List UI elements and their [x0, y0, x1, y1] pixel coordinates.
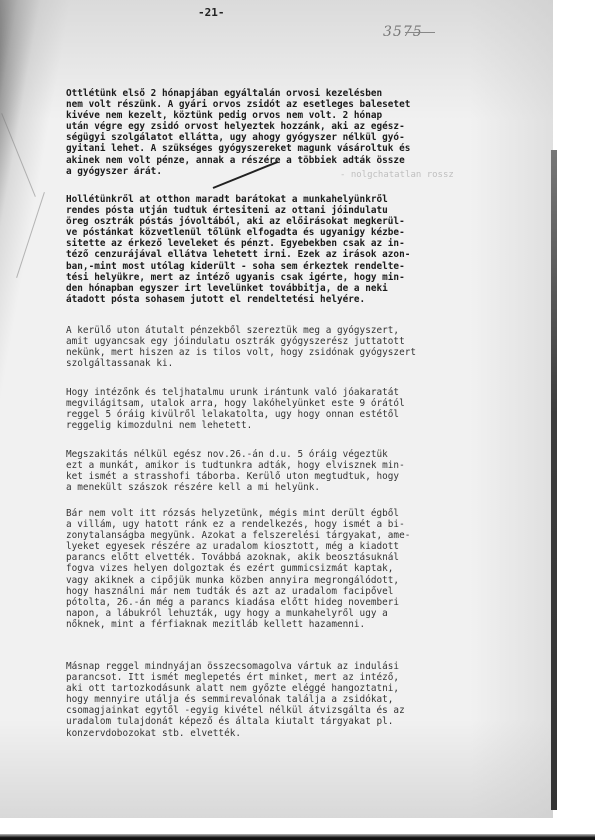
page-number: -21- [198, 6, 225, 19]
text-line: reggelig kimozdulni nem lehetett. [66, 420, 546, 431]
text-line: sitette az érkező leveleket és pénzt. Eg… [66, 238, 546, 249]
text-line: ve póstánkat közvetlenül tőlünk elfogadt… [66, 227, 546, 238]
paragraph: Megszakitás nélkül egész nov.26.-án d.u.… [66, 449, 546, 493]
text-line: reggel 5 óráig kivülről lelakatolta, ugy… [66, 409, 546, 420]
text-line: akinek nem volt pénze, annak a részére a… [66, 155, 546, 166]
text-line: vagy akiknek a cipőjük munka közben anny… [66, 575, 546, 586]
text-line: uradalom tulajdonát képező és általa kiu… [66, 716, 546, 727]
text-line: Ottlétünk első 2 hónapjában egyáltalán o… [66, 88, 546, 99]
text-line: nem volt részünk. A gyári orvos zsidót a… [66, 99, 546, 110]
text-line: Hogy intézőnk és teljhatalmu urunk iránt… [66, 387, 546, 398]
text-line: a villám, ugy hatott ránk ez a rendelkez… [66, 519, 546, 530]
text-line: nőknek, mint a férfiaknak mezitláb kelle… [66, 619, 546, 630]
scanned-page: -21- 3575 - nolgchatatlan rossz Ottlétün… [0, 0, 553, 818]
text-line: Bár nem volt itt rózsás helyzetünk, mégi… [66, 508, 546, 519]
text-line: hogy használni már nem tudták és azt az … [66, 586, 546, 597]
text-line: napon, a lábukról lehuzták, ugy hogy a m… [66, 608, 546, 619]
text-line: parancsot. Itt ismét meglepetés ért mink… [66, 672, 546, 683]
text-line: a gyógyszer árát. [66, 166, 546, 177]
text-line: ezt a munkát, amikor is tudtunkra adták,… [66, 460, 546, 471]
text-line: parancs előtt elvették. Továbbá azoknak,… [66, 552, 546, 563]
text-line: Másnap reggel mindnyájan összecsomagolva… [66, 661, 546, 672]
paragraph: A kerülő uton átutalt pénzekből szereztü… [66, 325, 546, 369]
text-line: szolgáltassanak ki. [66, 358, 546, 369]
handwritten-annotation: 3575 [383, 24, 423, 40]
text-line: csomagjainkat egytől -egyig kivétel nélk… [66, 705, 546, 716]
text-line: A kerülő uton átutalt pénzekből szereztü… [66, 325, 546, 336]
paragraph: Hollétünkről at otthon maradt barátokat … [66, 194, 546, 305]
text-line: nekünk, mert hiszen az is tilos volt, ho… [66, 347, 546, 358]
text-line: Megszakitás nélkül egész nov.26.-án d.u.… [66, 449, 546, 460]
paragraph: Hogy intézőnk és teljhatalmu urunk iránt… [66, 387, 546, 431]
text-line: konzervdobozokat stb. elvették. [66, 728, 546, 739]
text-line: zonytalanságba megyünk. Azokat a felszer… [66, 530, 546, 541]
text-line: lyeket egyesek részére az uradalom kiosz… [66, 541, 546, 552]
text-line: pótolta, 26.-án még a parancs kiadása el… [66, 597, 546, 608]
text-line: den hónapban egyszer irt levelünket tová… [66, 283, 546, 294]
scanner-border [0, 834, 595, 840]
text-line: Hollétünkről at otthon maradt barátokat … [66, 194, 546, 205]
text-line: ségügyi szolgálatot ellátta, ugy ahogy g… [66, 132, 546, 143]
text-line: ban,-mint most utólag kiderült - soha se… [66, 261, 546, 272]
text-line: kivéve nem kezelt, köztünk pedig orvos n… [66, 110, 546, 121]
text-line: megvilágitsam, utalok arra, hogy lakóhel… [66, 398, 546, 409]
text-line: amit ugyancsak egy jóindulatu osztrák gy… [66, 336, 546, 347]
text-line: gyitani lehet. A szükséges gyógyszereket… [66, 143, 546, 154]
fold-crease [1, 113, 36, 197]
text-line: téző cenzurájával ellátva lehetett irni.… [66, 249, 546, 260]
paragraph: Bár nem volt itt rózsás helyzetünk, mégi… [66, 508, 546, 630]
text-line: átadott pósta sohasem jutott el rendelte… [66, 294, 546, 305]
text-line: aki ott tartozkodásunk alatt nem győzte … [66, 683, 546, 694]
text-line: fogva vizes helyen dolgoztak és ezért gu… [66, 563, 546, 574]
text-line: tési helyükre, mert az intéző ugyanis cs… [66, 272, 546, 283]
page-edge-shadow [551, 150, 557, 810]
text-line: hogy mennyire utálja és semmirevalónak t… [66, 694, 546, 705]
text-line: után végre egy zsidó orvost helyeztek ho… [66, 121, 546, 132]
text-line: öreg osztrák póstás jóvoltából, aki az e… [66, 216, 546, 227]
text-line: rendes pósta utján tudtuk értesiteni az … [66, 205, 546, 216]
paragraph: Másnap reggel mindnyájan összecsomagolva… [66, 661, 546, 739]
text-line: ket ismét a strasshofi táborba. Kerülő u… [66, 471, 546, 482]
fold-crease [16, 192, 45, 278]
paragraph: Ottlétünk első 2 hónapjában egyáltalán o… [66, 88, 546, 177]
text-line: a menekült szászok részére kell a mi hel… [66, 482, 546, 493]
